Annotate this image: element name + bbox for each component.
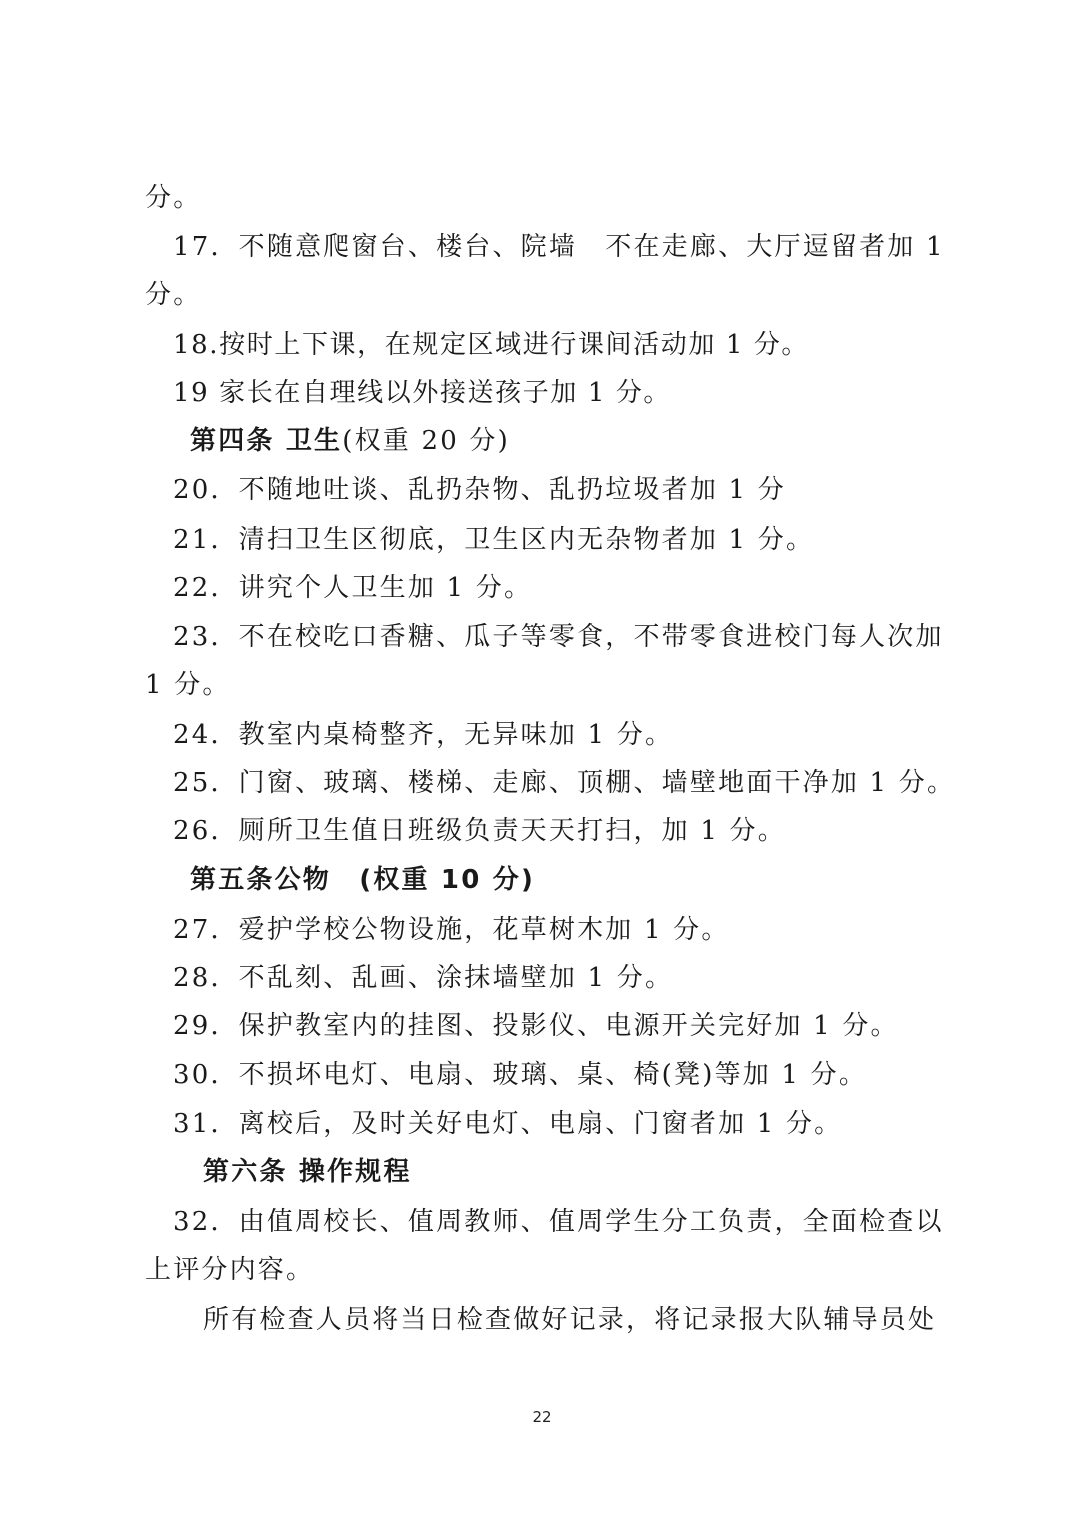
item-32: 32．由值周校长、值周教师、值周学生分工负责，全面检查以	[173, 1202, 973, 1242]
item-19: 19 家长在自理线以外接送孩子加 1 分。	[173, 373, 973, 413]
continuation-line: 分。	[145, 178, 945, 218]
section-title: 第四条 卫生	[190, 426, 342, 456]
item-30: 30．不损坏电灯、电扇、玻璃、桌、椅(凳)等加 1 分。	[173, 1055, 973, 1095]
continuation-line: 上评分内容。	[145, 1250, 945, 1290]
item-29: 29．保护教室内的挂图、投影仪、电源开关完好加 1 分。	[173, 1006, 973, 1046]
section-title: 第五条公物 (权重 10 分)	[190, 865, 535, 895]
item-28: 28．不乱刻、乱画、涂抹墙壁加 1 分。	[173, 958, 973, 998]
section-title: 第六条 操作规程	[203, 1157, 412, 1187]
section-heading-hygiene: 第四条 卫生(权重 20 分)	[190, 421, 990, 461]
document-page: 分。 17．不随意爬窗台、楼台、院墙 不在走廊、大厅逗留者加 1 分。 18.按…	[0, 0, 1074, 1520]
item-25: 25．门窗、玻璃、楼梯、走廊、顶棚、墙壁地面干净加 1 分。	[173, 763, 973, 803]
item-18: 18.按时上下课，在规定区域进行课间活动加 1 分。	[173, 325, 973, 365]
continuation-line: 1 分。	[145, 665, 945, 705]
item-23: 23．不在校吃口香糖、瓜子等零食，不带零食进校门每人次加	[173, 617, 973, 657]
item-21: 21．清扫卫生区彻底，卫生区内无杂物者加 1 分。	[173, 520, 973, 560]
item-27: 27．爱护学校公物设施，花草树木加 1 分。	[173, 910, 973, 950]
item-22: 22．讲究个人卫生加 1 分。	[173, 568, 973, 608]
page-number: 22	[0, 1408, 1074, 1426]
item-24: 24．教室内桌椅整齐，无异味加 1 分。	[173, 715, 973, 755]
item-31: 31．离校后，及时关好电灯、电扇、门窗者加 1 分。	[173, 1104, 973, 1144]
paragraph: 所有检查人员将当日检查做好记录，将记录报大队辅导员处	[203, 1300, 1003, 1340]
continuation-line: 分。	[145, 275, 945, 315]
item-17: 17．不随意爬窗台、楼台、院墙 不在走廊、大厅逗留者加 1	[173, 227, 973, 267]
section-heading-public-property: 第五条公物 (权重 10 分)	[190, 860, 990, 900]
section-weight: (权重 20 分)	[342, 426, 510, 456]
section-heading-procedures: 第六条 操作规程	[203, 1152, 1003, 1192]
item-26: 26．厕所卫生值日班级负责天天打扫，加 1 分。	[173, 811, 973, 851]
item-20: 20．不随地吐谈、乱扔杂物、乱扔垃圾者加 1 分	[173, 470, 973, 510]
